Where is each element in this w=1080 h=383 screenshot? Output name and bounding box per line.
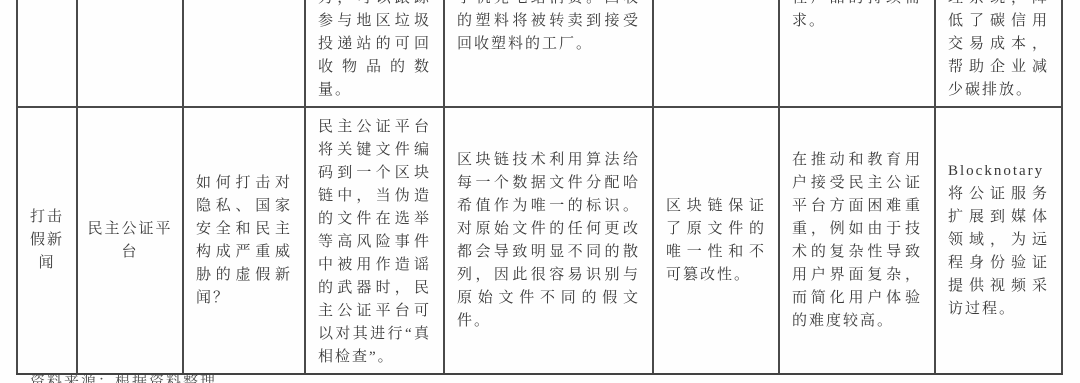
cell-text: Blocknotary 将公证服务扩展到媒体领域，为远程身份验证提供视频采访过程… (936, 160, 1061, 321)
blockchain-use-case-table: 力，可以跟踪参与地区垃圾投递站的可回收物品的数量。 手机充电站消费。回收的塑料将… (16, 0, 1063, 375)
cell-text: 理系统，降低了碳信用交易成本，帮助企业减少碳排放。 (936, 0, 1061, 102)
document-page: 力，可以跟踪参与地区垃圾投递站的可回收物品的数量。 手机充电站消费。回收的塑料将… (0, 0, 1080, 383)
table-cell-problem (182, 0, 304, 106)
table-cell-solution: 民主公证平台将关键文件编码到一个区块链中，当伪造的文件在选举等高风险事件中被用作… (304, 108, 443, 373)
cell-text: 力，可以跟踪参与地区垃圾投递站的可回收物品的数量。 (306, 0, 443, 102)
table-cell-problem: 如何打击对隐私、国家安全和民主构成严重威胁的虚假新闻？ (182, 108, 304, 373)
table-cell-platform (76, 0, 182, 106)
table-row-fake-news: 打击假新闻 民主公证平台 如何打击对隐私、国家安全和民主构成严重威胁的虚假新闻？… (16, 106, 1063, 375)
cell-text: 民主公证平台将关键文件编码到一个区块链中，当伪造的文件在选举等高风险事件中被用作… (306, 108, 443, 369)
table-cell-solution: 力，可以跟踪参与地区垃圾投递站的可回收物品的数量。 (304, 0, 443, 106)
cell-text: 打击假新闻 (18, 206, 76, 275)
table-cell-case: 理系统，降低了碳信用交易成本，帮助企业减少碳排放。 (934, 0, 1063, 106)
table-cell-topic (16, 0, 76, 106)
cell-text: 手机充电站消费。回收的塑料将被转卖到接受回收塑料的工厂。 (445, 0, 652, 56)
table-cell-case: Blocknotary 将公证服务扩展到媒体领域，为远程身份验证提供视频采访过程… (934, 108, 1063, 373)
caption-text: 资料来源：根据资料整理 (30, 375, 217, 383)
cell-text: 在推动和教育用户接受民主公证平台方面困难重重，例如由于技术的复杂性导致用户界面复… (780, 149, 934, 333)
table-cell-challenge: 在推动和教育用户接受民主公证平台方面困难重重，例如由于技术的复杂性导致用户界面复… (778, 108, 934, 373)
cell-text: 性产品的持续需求。 (780, 0, 934, 33)
cell-text: 区块链技术利用算法给每一个数据文件分配哈希值作为唯一的标识。对原始文件的任何更改… (445, 149, 652, 333)
table-cell-advantage: 区块链保证了原文件的唯一性和不可篡改性。 (652, 108, 778, 373)
table-cell-platform: 民主公证平台 (76, 108, 182, 373)
table-cell-topic: 打击假新闻 (16, 108, 76, 373)
table-source-caption: 资料来源：根据资料整理 (30, 375, 290, 383)
table-cell-challenge: 性产品的持续需求。 (778, 0, 934, 106)
table-cell-advantage (652, 0, 778, 106)
table-cell-mechanism: 手机充电站消费。回收的塑料将被转卖到接受回收塑料的工厂。 (443, 0, 652, 106)
cell-text: 民主公证平台 (78, 218, 182, 264)
table-row-partial-top: 力，可以跟踪参与地区垃圾投递站的可回收物品的数量。 手机充电站消费。回收的塑料将… (16, 0, 1063, 106)
table-cell-mechanism: 区块链技术利用算法给每一个数据文件分配哈希值作为唯一的标识。对原始文件的任何更改… (443, 108, 652, 373)
cell-text: 区块链保证了原文件的唯一性和不可篡改性。 (654, 195, 778, 287)
cell-text: 如何打击对隐私、国家安全和民主构成严重威胁的虚假新闻？ (184, 172, 304, 310)
